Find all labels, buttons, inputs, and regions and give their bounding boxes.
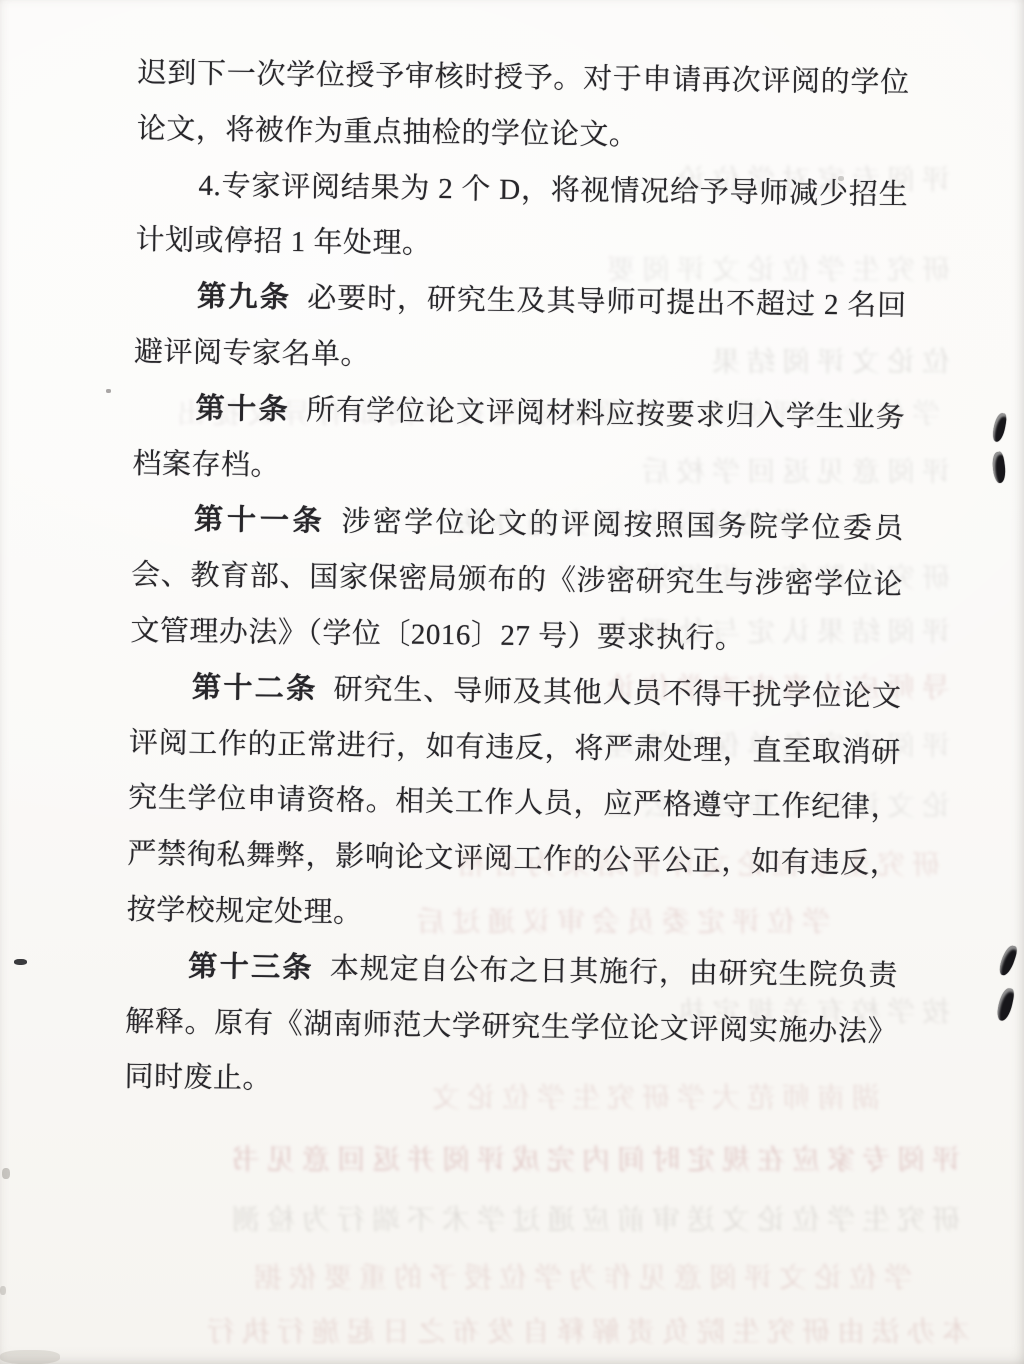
document-body: 迟到下一次学位授予审核时授予。对于申请再次评阅的学位论文，将被作为重点抽检的学位… bbox=[124, 46, 910, 1116]
paragraph-clause-12: 第十二条研究生、导师及其他人员不得干扰学位论文评阅工作的正常进行，如有违反，将严… bbox=[126, 660, 902, 949]
clause-number: 第十三条 bbox=[188, 950, 314, 984]
scan-speck bbox=[838, 176, 844, 181]
staple-mark bbox=[998, 944, 1019, 977]
scan-speck bbox=[0, 1286, 6, 1295]
clause-number: 第十条 bbox=[195, 393, 290, 426]
clause-number: 第十一条 bbox=[194, 504, 326, 538]
scan-speck bbox=[14, 959, 27, 965]
clause-number: 第十二条 bbox=[192, 672, 318, 706]
scan-speck bbox=[0, 1350, 60, 1364]
clause-number: 第九条 bbox=[197, 281, 292, 314]
bleed-through-line: 学位论文评阅意见作为学位授予的重要依据 bbox=[112, 1256, 912, 1296]
scan-speck bbox=[2, 1168, 10, 1179]
paragraph-clause-10: 第十条所有学位论文评阅材料应按要求归入学生业务档案存档。 bbox=[132, 381, 905, 503]
bleed-through-line: 本办法由研究生院负责解释自发布之日起施行执行 bbox=[110, 1310, 970, 1350]
paragraph-continuation: 迟到下一次学位授予审核时授予。对于申请再次评阅的学位论文，将被作为重点抽检的学位… bbox=[137, 46, 910, 168]
staple-mark bbox=[996, 987, 1016, 1022]
clause-text: 4.专家评阅结果为 2 个 D，将视情况给予导师减少招生计划或停招 1 年处理。 bbox=[135, 169, 908, 260]
paragraph-clause-9: 第九条必要时，研究生及其导师可提出不超过 2 名回避评阅专家名单。 bbox=[134, 269, 907, 391]
scan-speck bbox=[106, 389, 111, 393]
staple-mark bbox=[991, 451, 1007, 483]
clause-text: 研究生、导师及其他人员不得干扰学位论文评阅工作的正常进行，如有违反，将严肃处理，… bbox=[126, 673, 901, 929]
staple-mark bbox=[992, 412, 1008, 442]
paragraph-clause-13: 第十三条本规定自公布之日其施行，由研究生院负责解释。原有《湖南师范大学研究生学位… bbox=[124, 939, 898, 1116]
clause-text: 迟到下一次学位授予审核时授予。对于申请再次评阅的学位论文，将被作为重点抽检的学位… bbox=[137, 57, 910, 151]
paragraph-clause-11: 第十一条涉密学位论文的评阅按照国务院学位委员会、教育部、国家保密局颁布的《涉密研… bbox=[130, 492, 904, 669]
bleed-through-line: 评阅专家应在规定时间内完成评阅并返回意见书 bbox=[115, 1138, 960, 1178]
scanned-page: 迟到下一次学位授予审核时授予。对于申请再次评阅的学位论文，将被作为重点抽检的学位… bbox=[0, 0, 1024, 1364]
bleed-through-line: 研究生学位论文送审前应通过学术不端行为检测 bbox=[110, 1198, 960, 1238]
paragraph-item-4: 4.专家评阅结果为 2 个 D，将视情况给予导师减少招生计划或停招 1 年处理。 bbox=[135, 158, 908, 280]
